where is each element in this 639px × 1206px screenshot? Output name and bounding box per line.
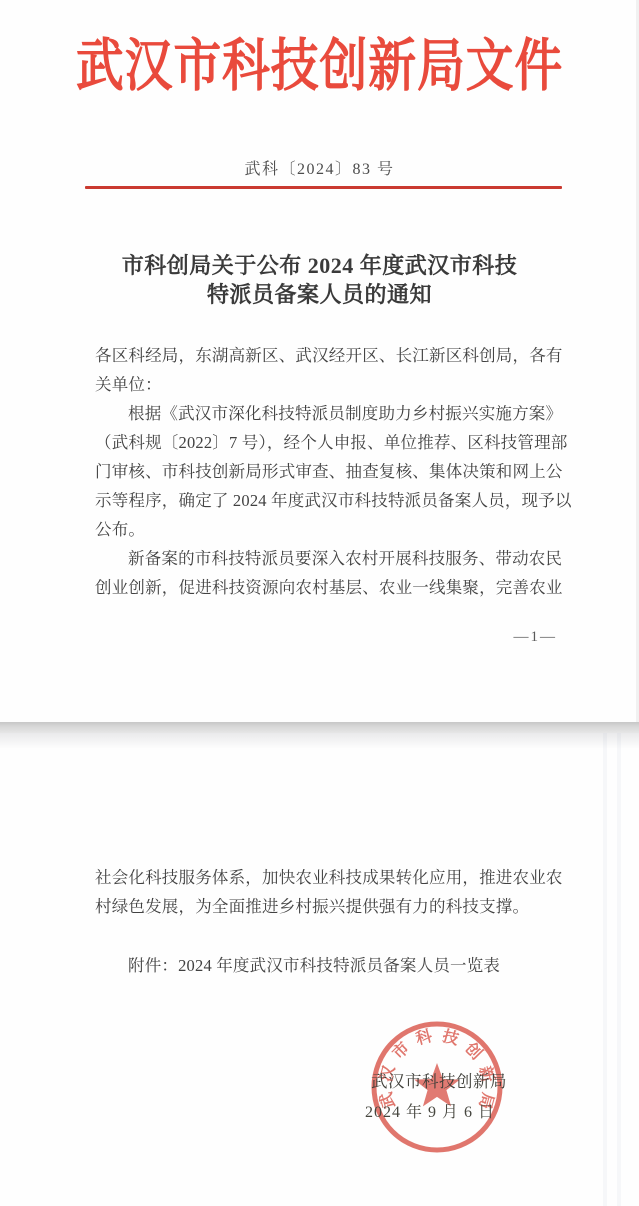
scan-streak xyxy=(617,733,621,1206)
body-text-page-1: 各区科经局，东湖高新区、武汉经开区、长江新区科创局，各有 关单位： 根据《武汉市… xyxy=(95,341,555,602)
body-line: 关单位： xyxy=(95,370,555,399)
body-line: 门审核、市科技创新局形式审查、抽查复核、集体决策和网上公 xyxy=(95,457,555,486)
page-break-divider xyxy=(0,722,639,733)
notice-title-line-2: 特派员备案人员的通知 xyxy=(0,280,639,309)
document-number: 武科〔2024〕83 号 xyxy=(0,156,639,179)
scanned-document-view: 武汉市科技创新局文件 武科〔2024〕83 号 市科创局关于公布 2024 年度… xyxy=(0,0,639,1206)
body-line: 各区科经局，东湖高新区、武汉经开区、长江新区科创局，各有 xyxy=(95,341,555,370)
scan-streak xyxy=(603,733,607,1206)
body-line: 社会化科技服务体系，加快农业科技成果转化应用，推进农业农 xyxy=(95,863,555,892)
red-divider-rule xyxy=(85,186,562,189)
issue-date: 2024 年 9 月 6 日 xyxy=(365,1099,495,1122)
body-line: 示等程序，确定了 2024 年度武汉市科技特派员备案人员，现予以 xyxy=(95,486,555,515)
body-line: 村绿色发展，为全面推进乡村振兴提供强有力的科技支撑。 xyxy=(95,892,555,921)
body-line: 新备案的市科技特派员要深入农村开展科技服务、带动农民 xyxy=(95,544,555,573)
document-page-1: 武汉市科技创新局文件 武科〔2024〕83 号 市科创局关于公布 2024 年度… xyxy=(0,0,639,722)
document-page-2: 社会化科技服务体系，加快农业科技成果转化应用，推进农业农 村绿色发展，为全面推进… xyxy=(0,733,639,1206)
red-letterhead-title: 武汉市科技创新局文件 xyxy=(51,33,588,101)
notice-title: 市科创局关于公布 2024 年度武汉市科技 特派员备案人员的通知 xyxy=(0,251,639,309)
body-line: 根据《武汉市深化科技特派员制度助力乡村振兴实施方案》 xyxy=(95,399,555,428)
notice-title-line-1: 市科创局关于公布 2024 年度武汉市科技 xyxy=(0,251,639,280)
scan-top-shadow xyxy=(0,733,639,749)
body-text-page-2: 社会化科技服务体系，加快农业科技成果转化应用，推进农业农 村绿色发展，为全面推进… xyxy=(95,863,555,921)
page-number: —1— xyxy=(514,629,558,646)
body-line: 公布。 xyxy=(95,515,555,544)
body-line: 创业创新，促进科技资源向农村基层、农业一线集聚，完善农业 xyxy=(95,573,555,602)
issuing-authority-signature: 武汉市科技创新局 xyxy=(371,1068,507,1092)
body-line: （武科规〔2022〕7 号），经个人申报、单位推荐、区科技管理部 xyxy=(95,428,555,457)
attachment-reference: 附件：2024 年度武汉市科技特派员备案人员一览表 xyxy=(128,952,500,976)
